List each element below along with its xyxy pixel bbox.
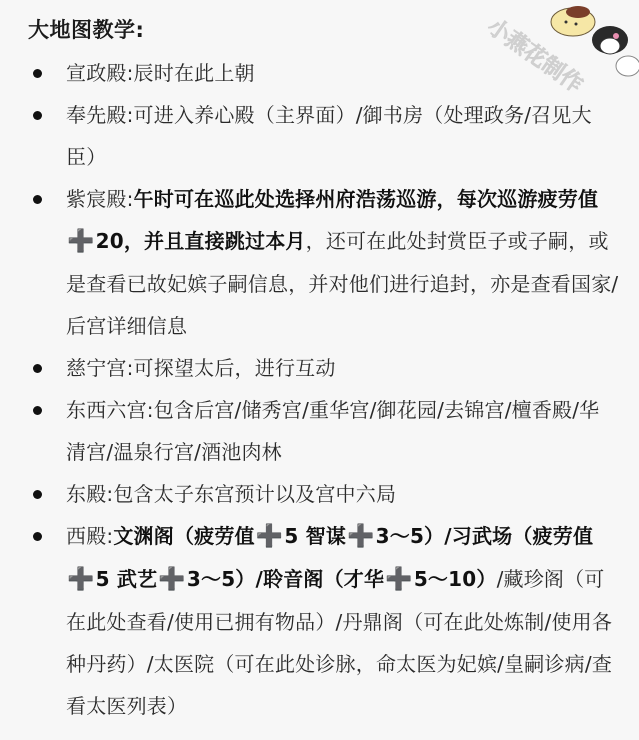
tutorial-list: 宣政殿:辰时在此上朝奉先殿:可进入养心殿（主界面）/御书房（处理政务/召见大臣）… (0, 52, 639, 727)
item-text: 西殿: (66, 524, 113, 548)
highlighted-text: 午时可在巡此处选择州府浩荡巡游，每次巡游疲劳值 (134, 187, 599, 211)
item-text: 东殿:包含太子东宫预计以及宫中六局 (66, 482, 396, 506)
highlighted-text: 20，并且直接跳过本月 (96, 229, 306, 253)
bullet-icon (33, 69, 42, 78)
bullet-icon (33, 111, 42, 120)
list-item: 东殿:包含太子东宫预计以及宫中六局 (0, 473, 639, 515)
bullet-icon (33, 490, 42, 499)
list-item: 东西六宫:包含后宫/储秀宫/重华宫/御花园/去锦宫/檀香殿/华清宫/温泉行宫/酒… (0, 389, 639, 473)
plus-icon: ➕ (67, 559, 95, 601)
tutorial-page: 大地图教学: 小燕花制作 宣政殿:辰时在此上朝奉先殿:可进入养心殿（主界面）/御… (0, 0, 639, 740)
plus-icon: ➕ (385, 559, 413, 601)
plus-icon: ➕ (347, 516, 375, 558)
page-title: 大地图教学: (28, 14, 144, 44)
bullet-icon (33, 406, 42, 415)
highlighted-text: 3～5）/习武场（疲劳值 (376, 524, 594, 548)
item-text: 宣政殿:辰时在此上朝 (66, 61, 255, 85)
highlighted-text: 5 武艺 (96, 567, 158, 591)
item-text: 东西六宫:包含后宫/储秀宫/重华宫/御花园/去锦宫/檀香殿/华清宫/温泉行宫/酒… (66, 398, 599, 464)
highlighted-text: 5 智谋 (284, 524, 346, 548)
list-item: 奉先殿:可进入养心殿（主界面）/御书房（处理政务/召见大臣） (0, 94, 639, 178)
bullet-icon (33, 364, 42, 373)
list-item: 慈宁宫:可探望太后，进行互动 (0, 347, 639, 389)
plus-icon: ➕ (158, 559, 186, 601)
list-item: 西殿:文渊阁（疲劳值➕5 智谋➕3～5）/习武场（疲劳值➕5 武艺➕3～5）/聆… (0, 515, 639, 727)
plus-icon: ➕ (256, 516, 284, 558)
highlighted-text: 文渊阁（疲劳值 (113, 524, 254, 548)
item-text: 奉先殿:可进入养心殿（主界面）/御书房（处理政务/召见大臣） (66, 103, 592, 169)
highlighted-text: 3～5）/聆音阁（才华 (187, 567, 384, 591)
item-text: 紫宸殿: (66, 187, 134, 211)
bullet-icon (33, 532, 42, 541)
highlighted-text: 5～10） (414, 567, 497, 591)
list-item: 宣政殿:辰时在此上朝 (0, 52, 639, 94)
plus-icon: ➕ (67, 221, 95, 263)
item-text: 慈宁宫:可探望太后，进行互动 (66, 356, 336, 380)
list-item: 紫宸殿:午时可在巡此处选择州府浩荡巡游，每次巡游疲劳值➕20，并且直接跳过本月，… (0, 178, 639, 347)
bullet-icon (33, 195, 42, 204)
